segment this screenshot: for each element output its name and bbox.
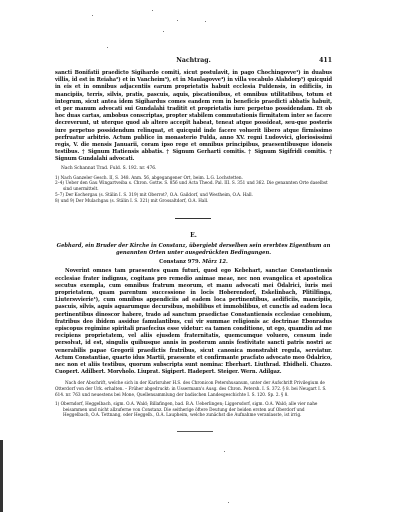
footnote: 8) und 9) Der Mulachgau (s. Stälin I. S.… xyxy=(55,198,332,204)
footnotes-e: 1) Oberndorf, Heggelbach, sigm. O.A. Wal… xyxy=(55,401,332,418)
source-note-e: Nach der Abschrift, welche sich in der K… xyxy=(55,380,332,397)
scan-speck xyxy=(177,20,178,21)
charter-text-d: sancti Bonifatii praedicto Sigihardo com… xyxy=(55,70,332,164)
document-date: Constanz 979. März 12. xyxy=(55,259,332,265)
scan-page-edge xyxy=(0,440,3,512)
scan-speck xyxy=(163,31,164,32)
footnote: 2–4) Ueber den Gau Wingartveiba s. Chron… xyxy=(55,180,332,192)
scan-speck xyxy=(152,10,153,11)
charter-text-e: Noverint omnes tam praesentes quam futur… xyxy=(55,268,332,376)
charter-paragraph: Noverint omnes tam praesentes quam futur… xyxy=(55,268,332,376)
section-e: Gebhard, ein Bruder der Kirche in Consta… xyxy=(55,243,332,418)
date-place: Constanz 979. xyxy=(159,259,200,265)
footnotes-d: 1) Nach Ganzeler Gesch. II, S. 348. Anm.… xyxy=(55,175,332,204)
scan-speck xyxy=(92,15,93,16)
document-letter: E. xyxy=(55,232,332,239)
running-title: Nachtrag. xyxy=(55,57,332,64)
scan-speck xyxy=(205,21,206,22)
end-rule xyxy=(177,431,213,432)
charter-paragraph: sancti Bonifatii praedicto Sigihardo com… xyxy=(55,70,332,164)
page-number: 411 xyxy=(319,57,332,64)
page-header: Nachtrag. 411 xyxy=(55,57,332,67)
section-divider xyxy=(175,218,211,219)
scan-speck xyxy=(107,47,108,48)
scan-speck xyxy=(224,451,225,452)
section-d: sancti Bonifatii praedicto Sigihardo com… xyxy=(55,70,332,204)
footnote: 1) Oberndorf, Heggelbach, sigm. O.A. Wal… xyxy=(55,401,332,418)
date-day: März 12. xyxy=(202,259,228,265)
source-note-d: Nach Schannat Trad. Fuld. S. 192. nr. 47… xyxy=(61,166,332,172)
document-title: Gebhard, ein Bruder der Kirche in Consta… xyxy=(55,243,332,257)
scan-speck xyxy=(228,502,229,503)
